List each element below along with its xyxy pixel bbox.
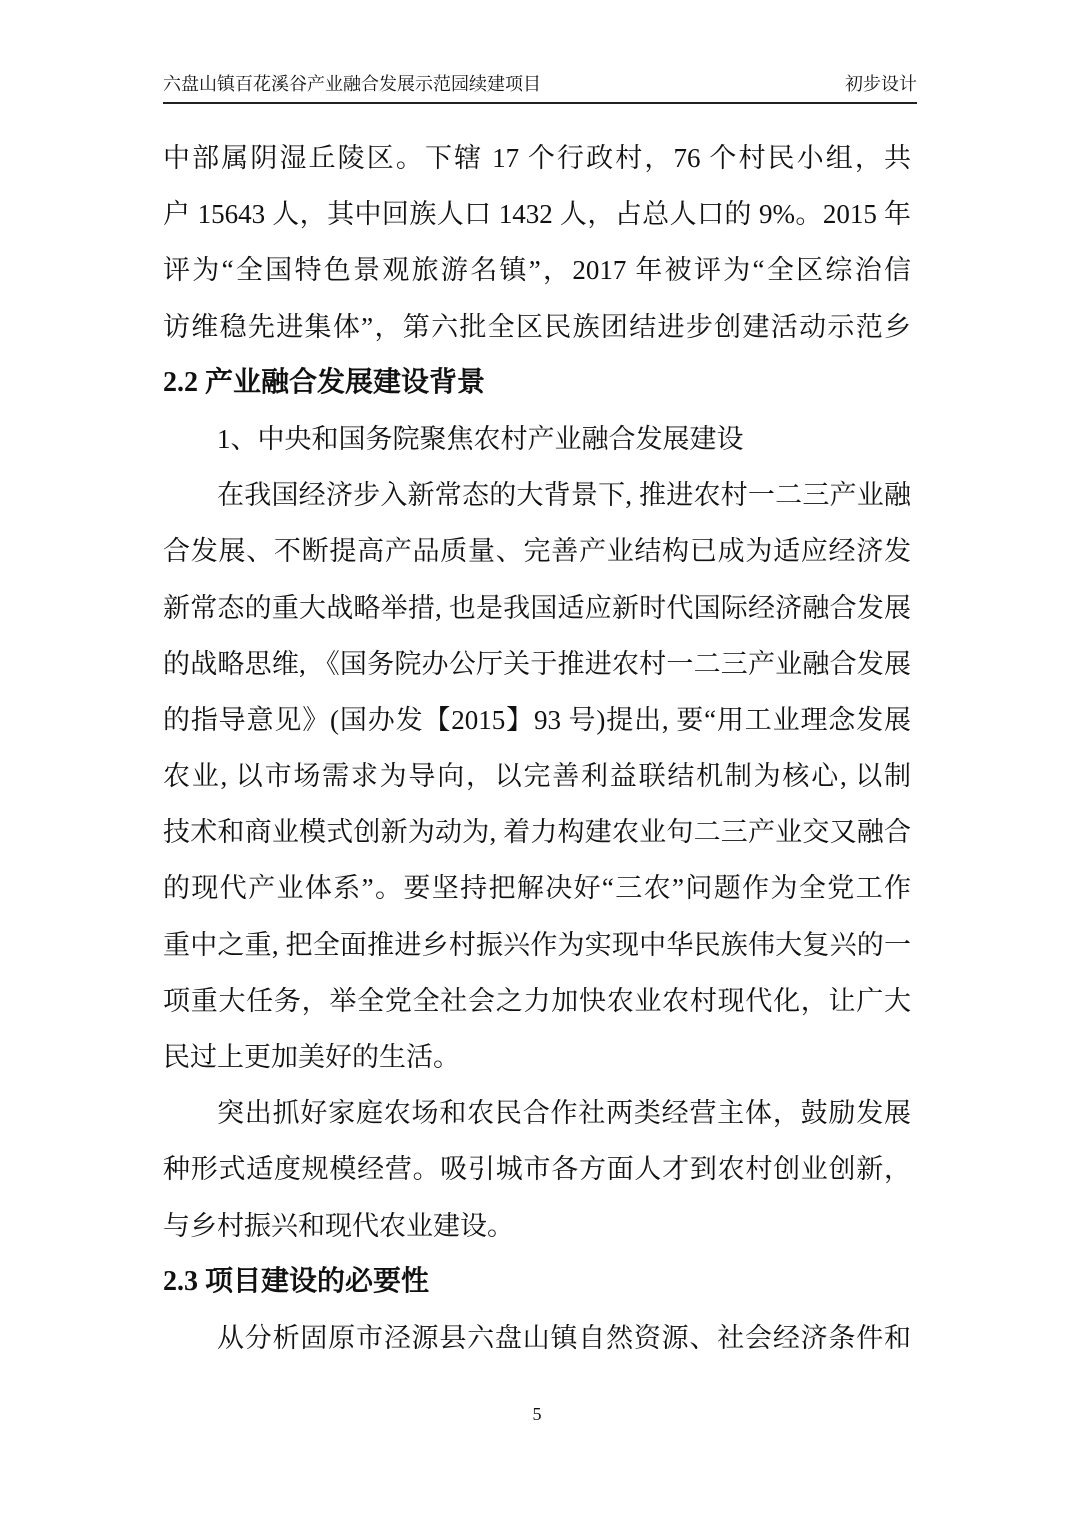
body-line: 户 15643 人，其中回族人口 1432 人，占总人口的 9%。2015 年被 bbox=[163, 186, 911, 242]
section-heading-2-3: 2.3 项目建设的必要性 bbox=[163, 1254, 911, 1310]
body-line: 重中之重, 把全面推进乡村振兴作为实现中华民族伟大复兴的一 bbox=[163, 917, 911, 973]
body-line: 突出抓好家庭农场和农民合作社两类经营主体，鼓励发展多 bbox=[163, 1085, 911, 1141]
body-line: 访维稳先进集体”，第六批全区民族团结进步创建活动示范乡镇。 bbox=[163, 299, 911, 355]
body-line: 1、中央和国务院聚焦农村产业融合发展建设 bbox=[163, 411, 911, 467]
header-doc-type: 初步设计 bbox=[845, 72, 917, 96]
body-line: 的战略思维, 《国务院办公厅关于推进农村一二三产业融合发展 bbox=[163, 636, 911, 692]
page-number: 5 bbox=[0, 1402, 1074, 1426]
section-heading-2-2: 2.2 产业融合发展建设背景 bbox=[163, 355, 911, 411]
body-line: 合发展、不断提高产品质量、完善产业结构已成为适应经济发展 bbox=[163, 523, 911, 579]
document-page: 六盘山镇百花溪谷产业融合发展示范园续建项目 初步设计 中部属阴湿丘陵区。下辖 1… bbox=[0, 0, 1074, 1520]
body-line: 在我国经济步入新常态的大背景下, 推进农村一二三产业融 bbox=[163, 467, 911, 523]
body-line: 种形式适度规模经营。吸引城市各方面人才到农村创业创新，参 bbox=[163, 1141, 911, 1197]
document-body: 中部属阴湿丘陵区。下辖 17 个行政村，76 个村民小组，共 4596 户 15… bbox=[163, 130, 911, 1366]
page-header: 六盘山镇百花溪谷产业融合发展示范园续建项目 初步设计 bbox=[163, 72, 917, 104]
body-line: 的指导意见》(国办发【2015】93 号)提出, 要“用工业理念发展 bbox=[163, 692, 911, 748]
body-line: 与乡村振兴和现代农业建设。 bbox=[163, 1198, 911, 1254]
body-line: 项重大任务，举全党全社会之力加快农业农村现代化，让广大农 bbox=[163, 973, 911, 1029]
body-line: 新常态的重大战略举措, 也是我国适应新时代国际经济融合发展 bbox=[163, 580, 911, 636]
body-line: 的现代产业体系”。要坚持把解决好“三农”问题作为全党工作 bbox=[163, 860, 911, 916]
body-line: 农业, 以市场需求为导向，以完善利益联结机制为核心, 以制度、 bbox=[163, 748, 911, 804]
header-project-title: 六盘山镇百花溪谷产业融合发展示范园续建项目 bbox=[163, 72, 541, 96]
body-line: 从分析固原市泾源县六盘山镇自然资源、社会经济条件和农 bbox=[163, 1310, 911, 1366]
body-line: 中部属阴湿丘陵区。下辖 17 个行政村，76 个村民小组，共 4596 bbox=[163, 130, 911, 186]
body-line: 评为“全国特色景观旅游名镇”，2017 年被评为“全区综治信 bbox=[163, 242, 911, 298]
body-line: 民过上更加美好的生活。 bbox=[163, 1029, 911, 1085]
body-line: 技术和商业模式创新为动为, 着力构建农业句二三产业交又融合 bbox=[163, 804, 911, 860]
